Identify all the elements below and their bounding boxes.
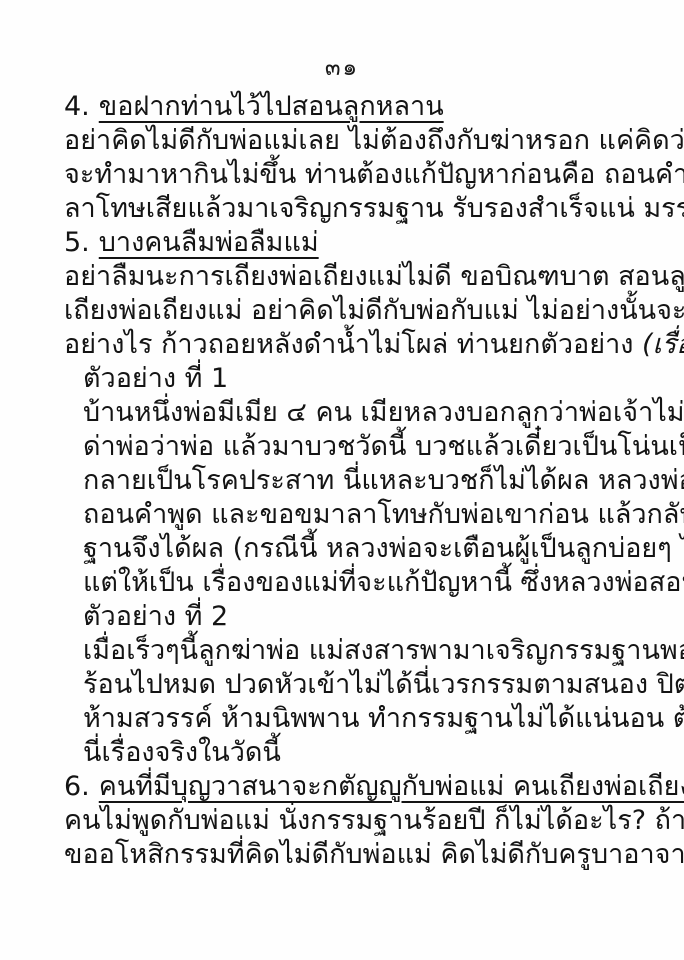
example-1-paragraph-line: ด่าพ่อว่าพ่อ แล้วมาบวชวัดนี้ บวชแล้วเดี๋… <box>83 430 648 464</box>
section-6-heading: 6.คนที่มีบุญวาสนาจะกตัญญูกับพ่อแม่ คนเถี… <box>64 770 648 804</box>
example-2-label: ตัวอย่าง ที่ 2 <box>83 600 648 634</box>
example-2-paragraph-line: ร้อนไปหมด ปวดหัวเข้าไม่ได้นี่เวรกรรมตามส… <box>83 668 648 702</box>
section-6-paragraph-line: ขออโหสิกรรมที่คิดไม่ดีกับพ่อแม่ คิดไม่ดี… <box>64 838 648 872</box>
example-1-paragraph-line: ถอนคำพูด และขอขมาลาโทษกับพ่อเขาก่อน แล้ว… <box>83 498 648 532</box>
section-5-paragraph-line: อย่าลืมนะการเถียงพ่อเถียงแม่ไม่ดี ขอบิณฑ… <box>64 260 648 294</box>
section-6-title: คนที่มีบุญวาสนาจะกตัญญูกับพ่อแม่ คนเถียง… <box>99 771 684 802</box>
section-5-paragraph-line: อย่างไร ก้าวถอยหลังดำน้ำไม่โผล่ ท่านยกตั… <box>64 328 648 362</box>
example-1-paragraph-line: กลายเป็นโรคประสาท นี่แหละบวชก็ไม่ได้ผล ห… <box>83 464 648 498</box>
section-6-number: 6. <box>64 771 90 802</box>
section-5-line3-text: อย่างไร ก้าวถอยหลังดำน้ำไม่โผล่ ท่านยกตั… <box>64 329 642 360</box>
section-4-paragraph-line: อย่าคิดไม่ดีกับพ่อแม่เลย ไม่ต้องถึงกับฆ่… <box>64 124 648 158</box>
section-6-paragraph-line: คนไม่พูดกับพ่อแม่ นั่งกรรมฐานร้อยปี ก็ไม… <box>64 804 648 838</box>
section-4-title: ขอฝากท่านไว้ไปสอนลูกหลาน <box>99 91 444 122</box>
document-page: ๓๑ 4.ขอฝากท่านไว้ไปสอนลูกหลาน อย่าคิดไม่… <box>0 0 684 960</box>
section-5-heading: 5.บางคนลืมพ่อลืมแม่ <box>64 226 648 260</box>
example-1-paragraph-line: ฐานจึงได้ผล (กรณีนี้ หลวงพ่อจะเตือนผู้เป… <box>83 532 648 566</box>
example-1-label: ตัวอย่าง ที่ 1 <box>83 362 648 396</box>
example-2-paragraph-line: นี่เรื่องจริงในวัดนี้ <box>83 736 648 770</box>
example-1-paragraph-line: แต่ให้เป็น เรื่องของแม่ที่จะแก้ปัญหานี้ … <box>83 566 648 600</box>
section-5-line3-parenthetical: (เรื่องจริงนะจ๊ะ) <box>642 329 684 360</box>
example-2-paragraph-line: ห้ามสวรรค์ ห้ามนิพพาน ทำกรรมฐานไม่ได้แน่… <box>83 702 648 736</box>
section-5-number: 5. <box>64 227 90 258</box>
page-content: 4.ขอฝากท่านไว้ไปสอนลูกหลาน อย่าคิดไม่ดีก… <box>64 90 648 872</box>
section-4-heading: 4.ขอฝากท่านไว้ไปสอนลูกหลาน <box>64 90 648 124</box>
section-4-paragraph-line: จะทำมาหากินไม่ขึ้น ท่านต้องแก้ปัญหาก่อนค… <box>64 158 648 192</box>
section-4-number: 4. <box>64 91 90 122</box>
section-5-paragraph-line: เถียงพ่อเถียงแม่ อย่าคิดไม่ดีกับพ่อกับแม… <box>64 294 648 328</box>
example-2-paragraph-line: เมื่อเร็วๆนี้ลูกฆ่าพ่อ แม่สงสารพามาเจริญ… <box>83 634 648 668</box>
section-5-title: บางคนลืมพ่อลืมแม่ <box>99 227 319 258</box>
example-1-paragraph-line: บ้านหนึ่งพ่อมีเมีย ๔ คน เมียหลวงบอกลูกว่… <box>83 396 648 430</box>
page-number: ๓๑ <box>0 50 684 86</box>
section-4-paragraph-line: ลาโทษเสียแล้วมาเจริญกรรมฐาน รับรองสำเร็จ… <box>64 192 648 226</box>
